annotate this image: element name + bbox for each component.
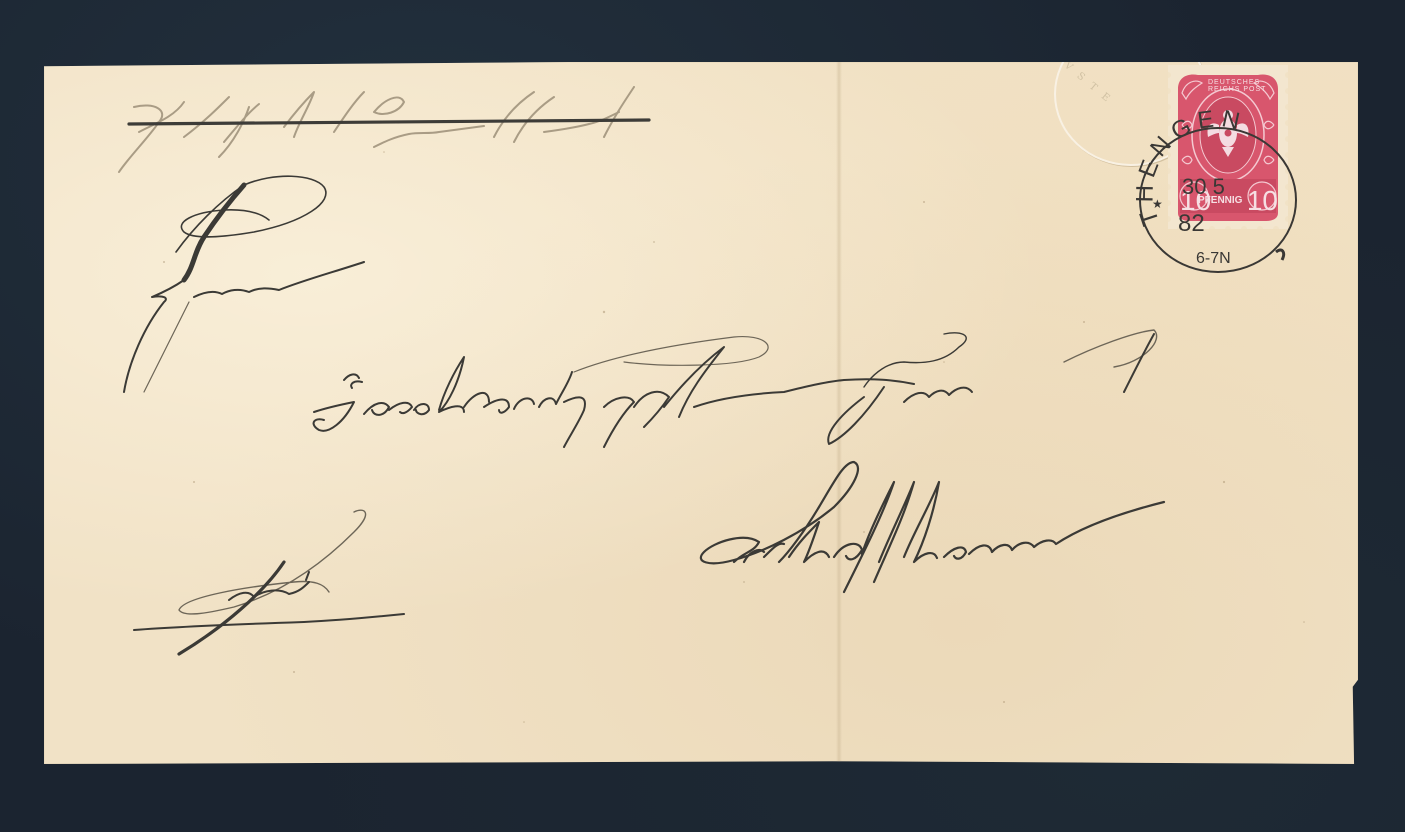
postmark-year: 82 <box>1178 210 1205 238</box>
stamp-country-text: DEUTSCHES REICHS POST <box>1208 79 1288 93</box>
postmark-cancel: THENGEN ★ 30 5 82 6-7N <box>1126 102 1316 292</box>
postmark-star-icon: ★ <box>1152 197 1163 211</box>
envelope: V S T E <box>44 62 1358 764</box>
postmark-time: 6-7N <box>1196 250 1231 268</box>
postmark-date: 30 5 <box>1182 174 1225 200</box>
